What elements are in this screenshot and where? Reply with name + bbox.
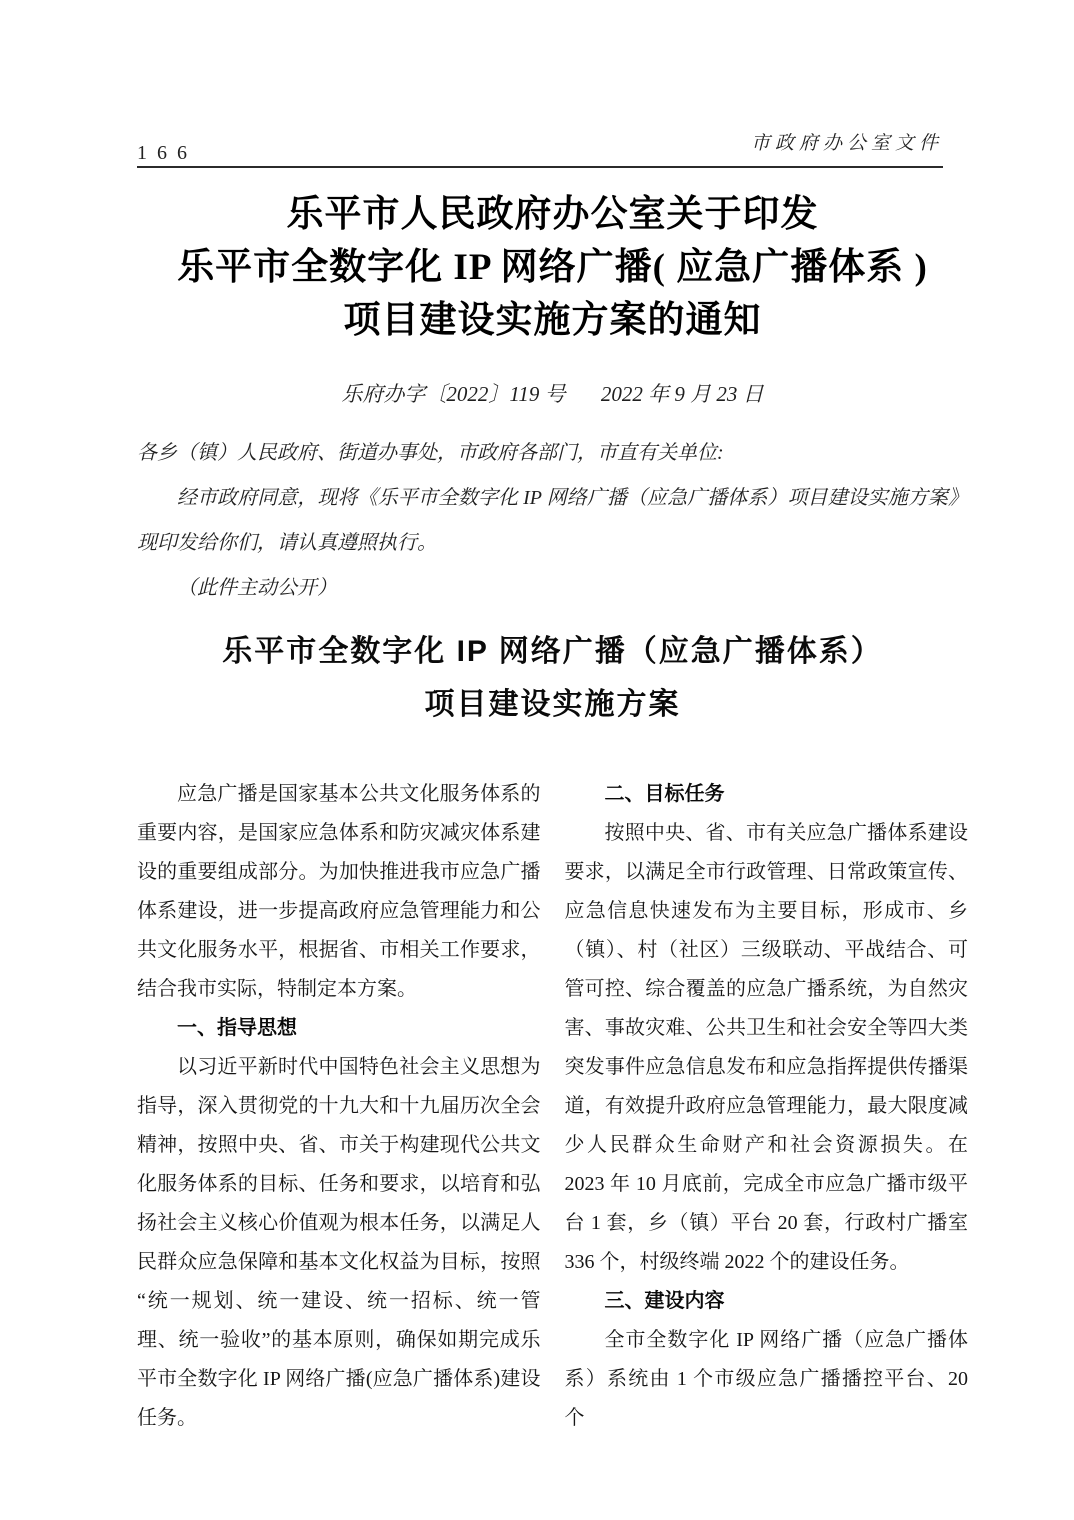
- section-3-body: 全市全数字化 IP 网络广播（应急广播体系）系统由 1 个市级应急广播播控平台、…: [565, 1321, 969, 1438]
- plan-body-columns: 应急广播是国家基本公共文化服务体系的重要内容，是国家应急体系和防灾减灾体系建设的…: [137, 775, 968, 1438]
- notice-title: 乐平市人民政府办公室关于印发 乐平市全数字化 IP 网络广播( 应急广播体系 )…: [137, 188, 968, 347]
- notice-body: 各乡（镇）人民政府、街道办事处，市政府各部门，市直有关单位: 经市政府同意，现将…: [137, 431, 968, 611]
- section-3-heading: 三、建设内容: [565, 1282, 969, 1321]
- document-page: 166 市政府办公室文件 乐平市人民政府办公室关于印发 乐平市全数字化 IP 网…: [0, 0, 1074, 1520]
- notice-paragraph: 经市政府同意，现将《乐平市全数字化 IP 网络广播（应急广播体系）项目建设实施方…: [137, 476, 968, 566]
- plan-title: 乐平市全数字化 IP 网络广播（应急广播体系） 项目建设实施方案: [137, 625, 968, 731]
- left-column: 应急广播是国家基本公共文化服务体系的重要内容，是国家应急体系和防灾减灾体系建设的…: [137, 775, 541, 1438]
- notice-title-line-2: 乐平市全数字化 IP 网络广播( 应急广播体系 ): [137, 241, 968, 294]
- addressee-line: 各乡（镇）人民政府、街道办事处，市政府各部门，市直有关单位:: [137, 431, 968, 476]
- header-doc-type: 市政府办公室文件: [751, 132, 943, 161]
- notice-title-line-3: 项目建设实施方案的通知: [137, 294, 968, 347]
- running-head: 166 市政府办公室文件: [137, 132, 943, 168]
- section-1-heading: 一、指导思想: [137, 1009, 541, 1048]
- section-1-body: 以习近平新时代中国特色社会主义思想为指导，深入贯彻党的十九大和十九届历次全会精神…: [137, 1048, 541, 1438]
- section-2-body: 按照中央、省、市有关应急广播体系建设要求，以满足全市行政管理、日常政策宣传、应急…: [565, 814, 969, 1282]
- doc-date: 2022 年 9 月 23 日: [601, 382, 764, 406]
- page-number: 166: [137, 143, 197, 163]
- plan-title-line-1: 乐平市全数字化 IP 网络广播（应急广播体系）: [137, 625, 968, 678]
- notice-title-line-1: 乐平市人民政府办公室关于印发: [137, 188, 968, 241]
- plan-title-line-2: 项目建设实施方案: [137, 678, 968, 731]
- right-column: 二、目标任务 按照中央、省、市有关应急广播体系建设要求，以满足全市行政管理、日常…: [565, 775, 969, 1438]
- doc-number: 乐府办字〔2022〕119 号: [341, 382, 565, 406]
- disclosure-note: （此件主动公开）: [137, 566, 968, 611]
- plan-intro-paragraph: 应急广播是国家基本公共文化服务体系的重要内容，是国家应急体系和防灾减灾体系建设的…: [137, 775, 541, 1009]
- doc-number-line: 乐府办字〔2022〕119 号 2022 年 9 月 23 日: [137, 378, 968, 408]
- section-2-heading: 二、目标任务: [565, 775, 969, 814]
